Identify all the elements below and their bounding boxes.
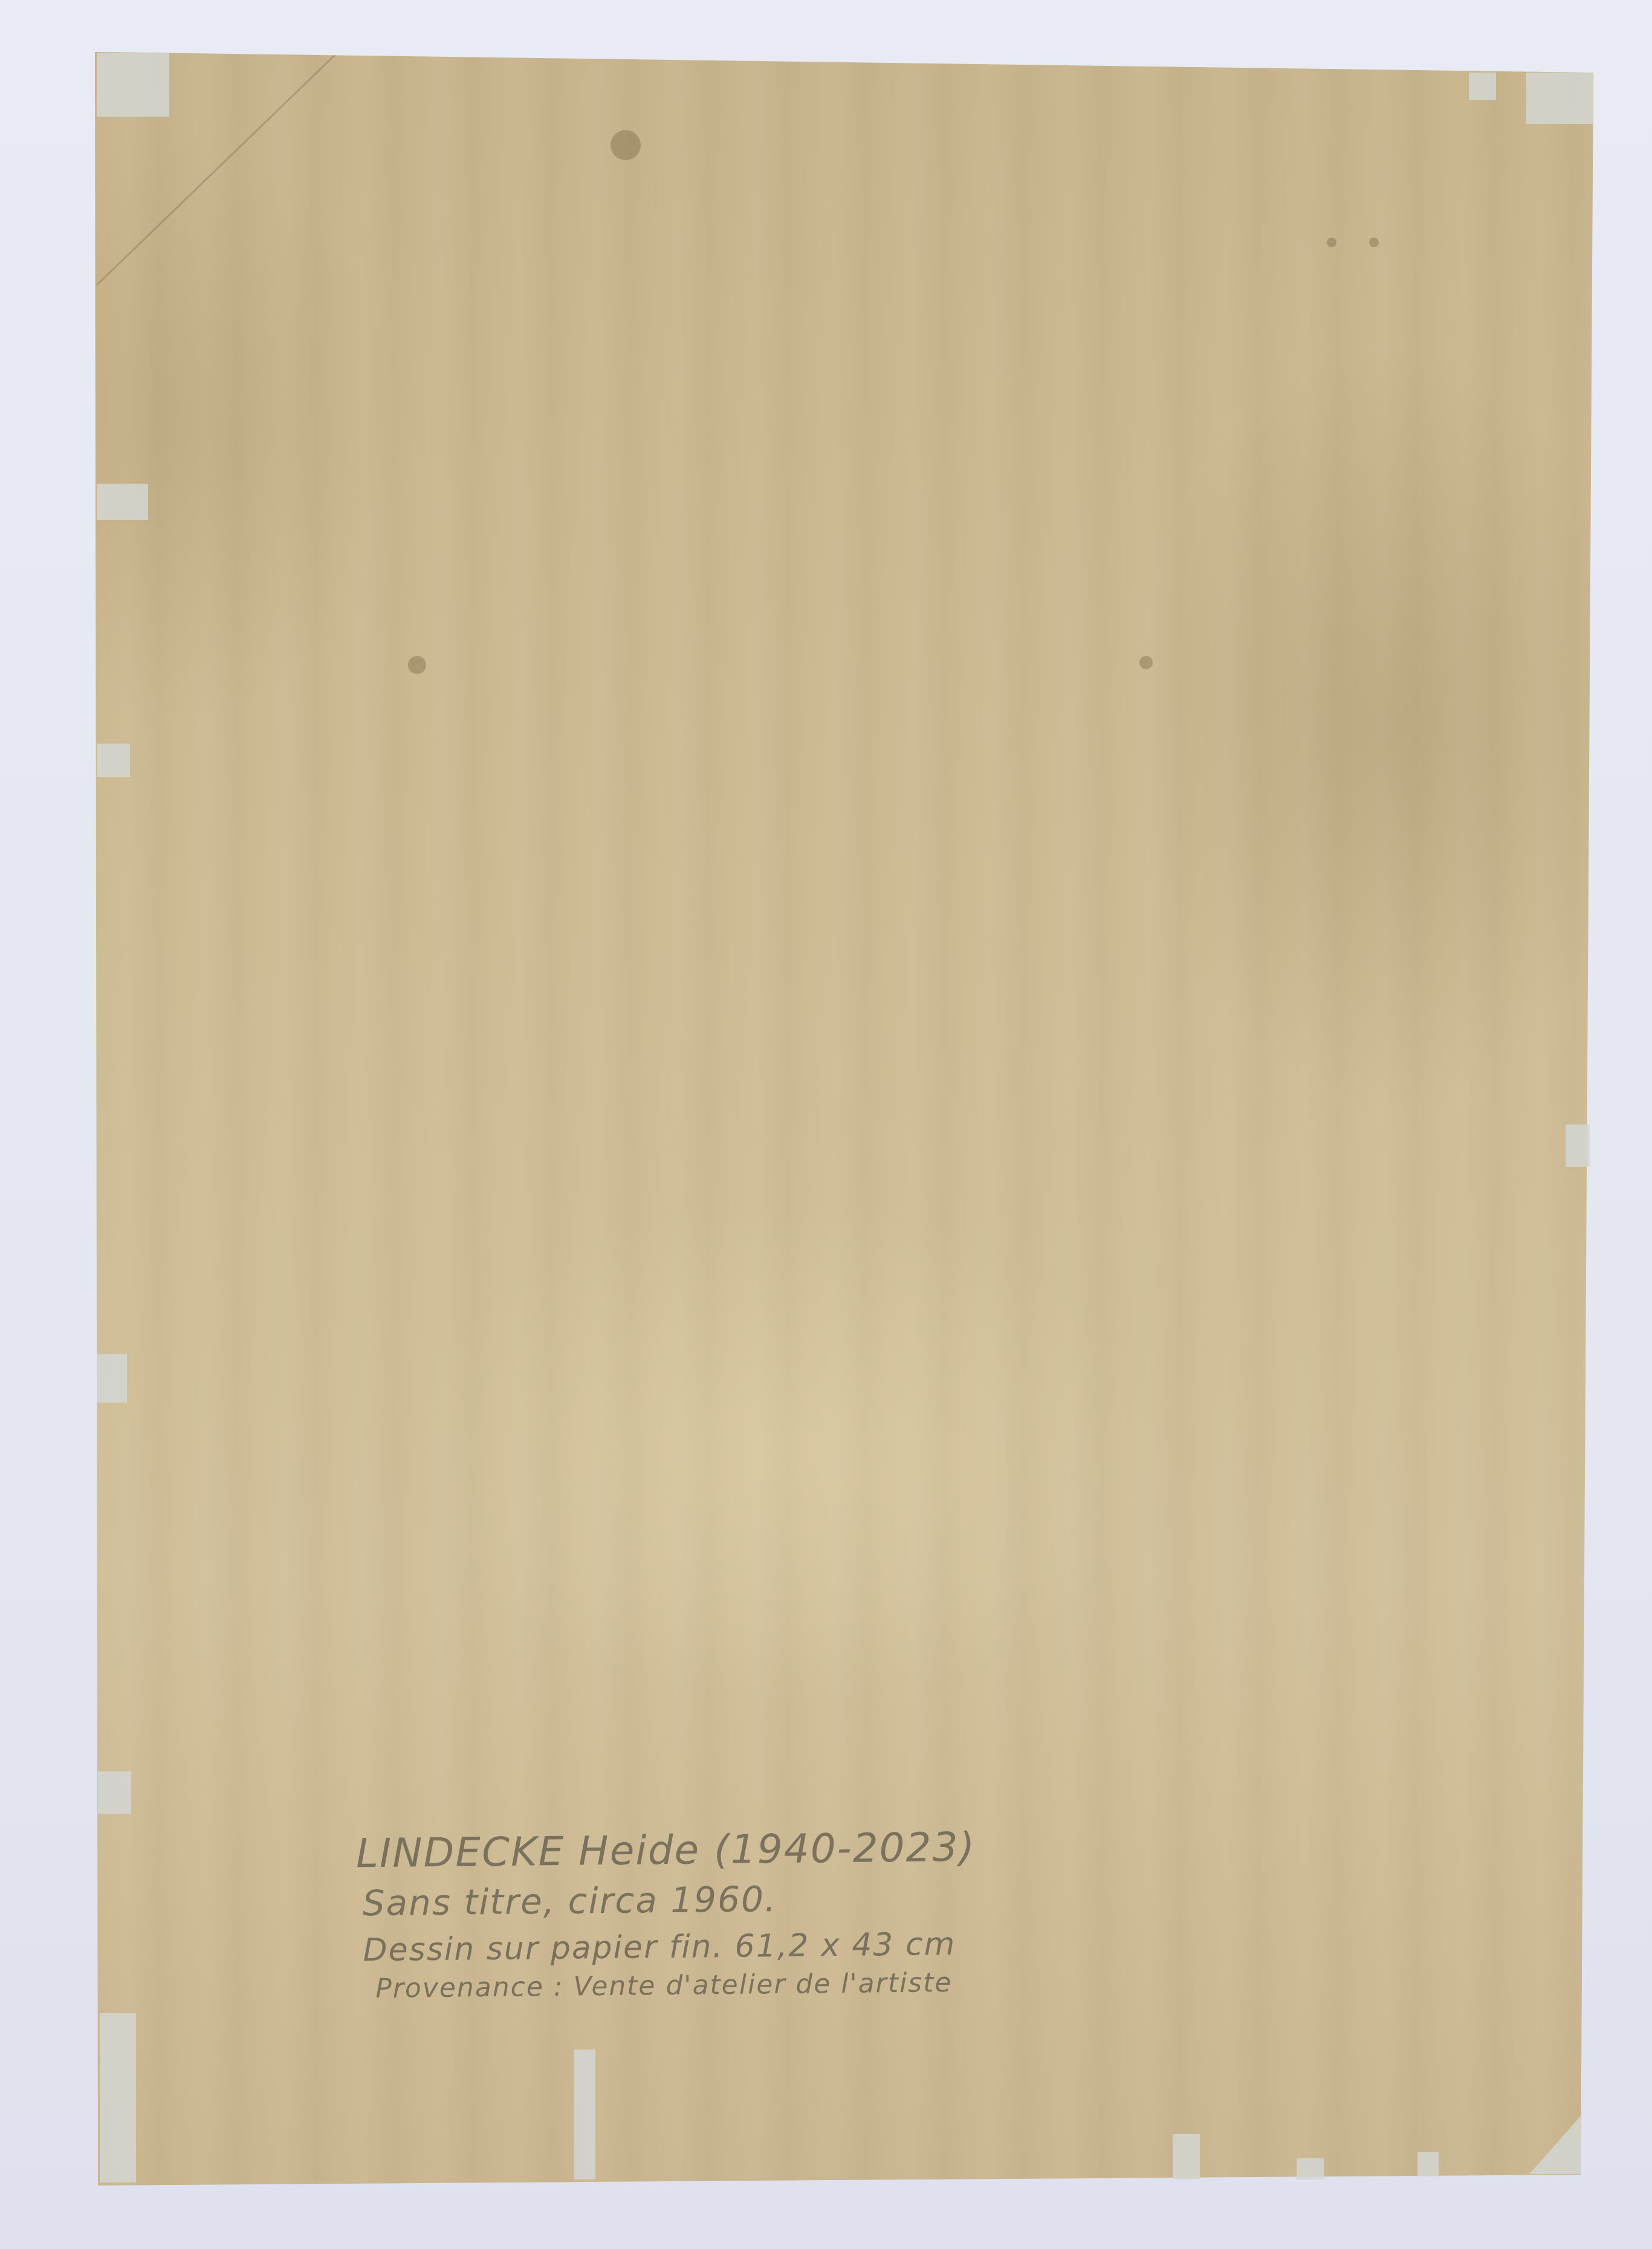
stain [1139, 656, 1153, 669]
tape-right-1 [1566, 1124, 1590, 1167]
tape-left-4 [98, 1771, 131, 1814]
tape-bottom-4 [1417, 2152, 1439, 2176]
inscription-line-artist: LINDECKE Heide (1940-2023) [356, 1822, 1203, 1877]
tape-bottom-2 [1173, 2134, 1200, 2179]
stain [1369, 238, 1379, 247]
tape-bottom-3 [1297, 2158, 1324, 2179]
stain [611, 130, 641, 160]
stain [408, 656, 426, 674]
tape-bottom-left [100, 2013, 136, 2182]
tape-top-right-2 [1526, 73, 1593, 124]
tape-left-3 [97, 1354, 127, 1403]
tape-left-1 [97, 484, 148, 520]
tape-bottom-1 [574, 2049, 595, 2179]
inscription-line-medium: Dessin sur papier fin. 61,2 x 43 cm [363, 1924, 1203, 1969]
tape-top-left [97, 53, 169, 117]
tape-top-right-1 [1469, 73, 1496, 100]
pencil-inscription: LINDECKE Heide (1940-2023) Sans titre, c… [356, 1822, 1204, 2005]
tape-left-2 [97, 744, 130, 777]
stain [1327, 238, 1336, 247]
inscription-line-title: Sans titre, circa 1960. [362, 1874, 1203, 1924]
